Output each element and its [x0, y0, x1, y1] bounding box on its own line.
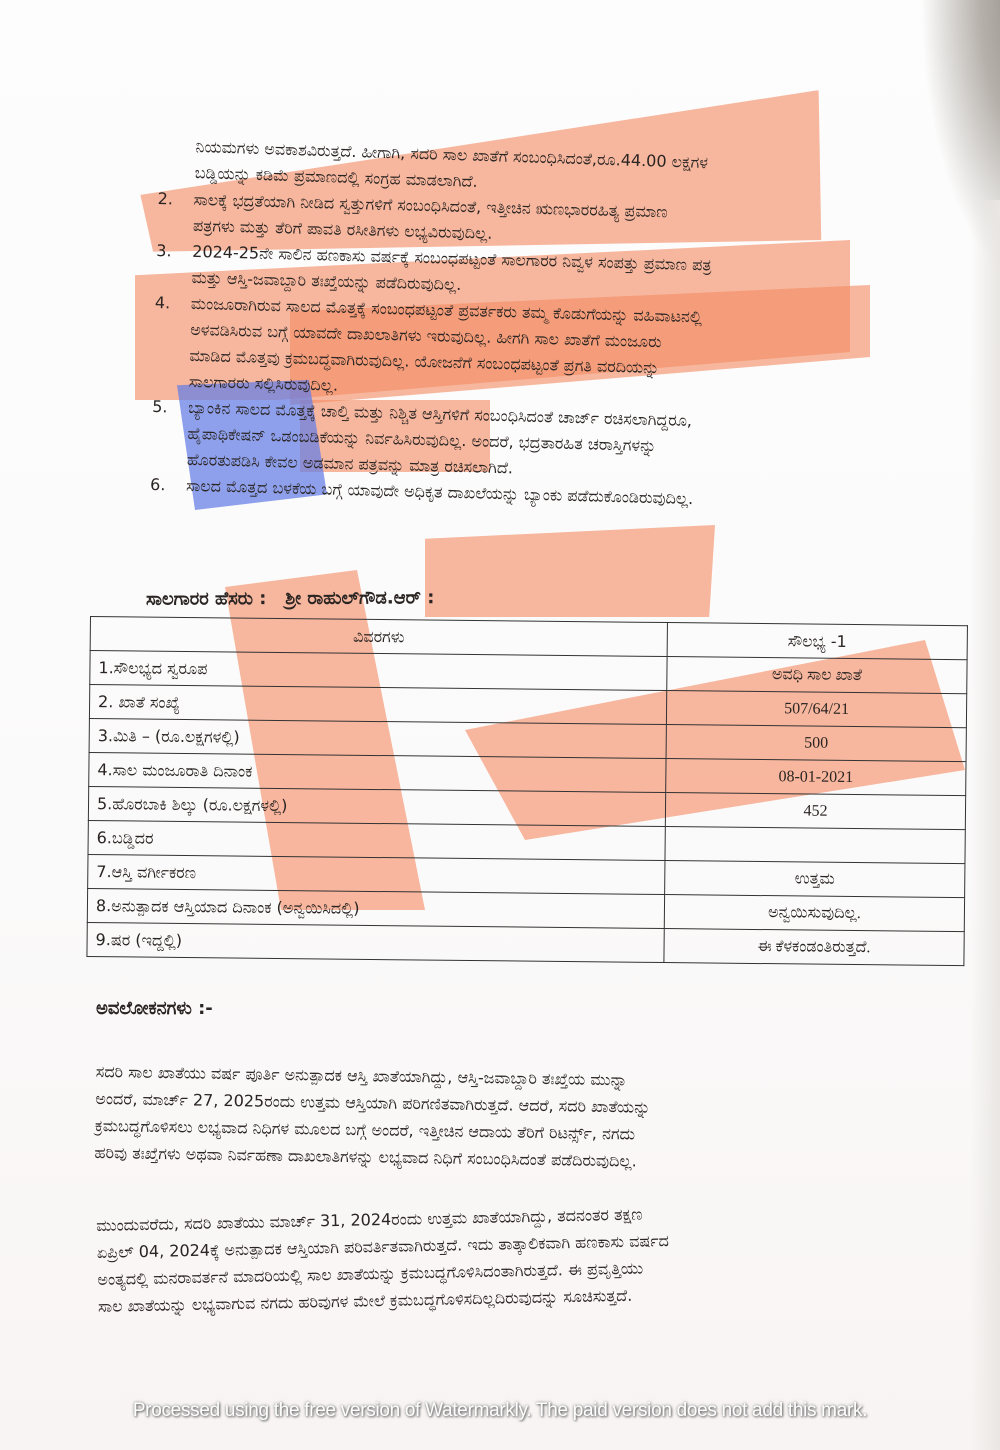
row-value — [665, 827, 965, 864]
row-value: ಈ ಕೆಳಕಂಡಂತಿರುತ್ತದೆ. — [664, 929, 964, 966]
list-number: 4. — [153, 290, 192, 395]
row-value: 452 — [665, 793, 965, 830]
row-value: 08-01-2021 — [666, 759, 966, 796]
observation-paragraph-2: ಮುಂದುವರೆದು, ಸದರಿ ಖಾತೆಯು ಮಾರ್ಚ್ 31, 2024ರ… — [96, 1194, 978, 1320]
watermark-text: Processed using the free version of Wate… — [0, 1400, 1000, 1422]
borrower-name: ಶ್ರೀ ರಾಹುಲ್‌ಗೌಡ.ಆರ್ : — [285, 587, 434, 609]
observations-heading: ಅವಲೋಕನಗಳು :- — [96, 998, 213, 1019]
loan-details-table: ವಿವರಗಳು ಸೌಲಭ್ಯ -1 1.ಸೌಲಭ್ಯದ ಸ್ವರೂಪಅವಧಿ ಸ… — [86, 616, 968, 966]
row-value: 507/64/21 — [666, 691, 966, 728]
document-page: ನಿಯಮಗಳು ಅವಕಾಶವಿರುತ್ತದೆ. ಹೀಗಾಗಿ, ಸದರಿ ಸಾಲ… — [0, 0, 1000, 1450]
row-value: ಅವಧಿ ಸಾಲ ಖಾತೆ — [667, 657, 967, 694]
list-number: 3. — [155, 238, 192, 291]
list-number: 6. — [150, 472, 187, 499]
row-value: 500 — [666, 725, 966, 762]
highlight-overlay-5 — [425, 525, 715, 617]
numbered-list: 2. ಸಾಲಕ್ಕೆ ಭದ್ರತೆಯಾಗಿ ನೀಡಿದ ಸ್ವತ್ತುಗಳಿಗೆ… — [150, 186, 998, 520]
observation-paragraph-1: ಸದರಿ ಸಾಲ ಖಾತೆಯು ವರ್ಷ ಪೂರ್ತಿ ಅನುತ್ಪಾದಕ ಆಸ… — [94, 1058, 976, 1180]
borrower-label: ಸಾಲಗಾರರ ಹೆಸರು : — [146, 588, 267, 610]
borrower-heading: ಸಾಲಗಾರರ ಹೆಸರು : ಶ್ರೀ ರಾಹುಲ್‌ಗೌಡ.ಆರ್ : — [146, 587, 434, 610]
row-value: ಉತ್ತಮ — [665, 861, 965, 898]
table-body: 1.ಸೌಲಭ್ಯದ ಸ್ವರೂಪಅವಧಿ ಸಾಲ ಖಾತೆ2. ಖಾತೆ ಸಂಖ… — [87, 651, 967, 966]
column-header-facility: ಸೌಲಭ್ಯ -1 — [667, 623, 967, 660]
list-number: 2. — [157, 186, 194, 239]
row-label: 9.ಷರ (ಇದ್ದಲ್ಲಿ) — [87, 922, 664, 962]
list-number: 5. — [151, 394, 189, 473]
row-value: ಅನ್ವಯಿಸುವುದಿಲ್ಲ. — [664, 895, 964, 932]
